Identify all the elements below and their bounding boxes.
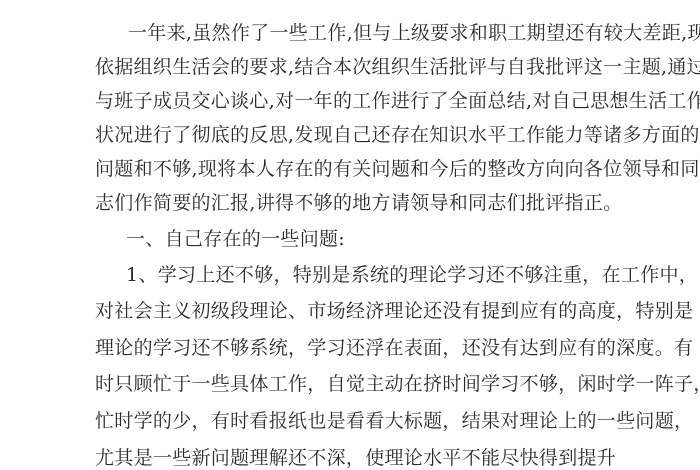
intro-paragraph-line: 依据组织生活会的要求,结合本次组织生活批评与自我批评这一主题,通过 — [95, 56, 615, 78]
section-heading: 一、自己存在的一些问题: — [126, 228, 646, 250]
item-1-line: 忙时学的少，有时看报纸也是看看大标题，结果对理论上的一些问题， — [95, 410, 615, 432]
item-1-line: 时只顾忙于一些具体工作，自觉主动在挤时间学习不够，闲时学一阵子， — [95, 373, 615, 395]
document-page: 一年来,虽然作了一些工作,但与上级要求和职工期望还有较大差距,现 依据组织生活会… — [0, 0, 700, 470]
item-1-line: 理论的学习还不够系统，学习还浮在表面，还没有达到应有的深度。有 — [95, 337, 615, 359]
item-1-line: 对社会主义初级段理论、市场经济理论还没有提到应有的高度，特别是 — [95, 300, 615, 322]
intro-paragraph-line: 状况进行了彻底的反思,发现自己还存在知识水平工作能力等诸多方面的 — [95, 124, 615, 146]
item-1-line: 尤其是一些新问题理解还不深，使理论水平不能尽快得到提升 — [95, 447, 615, 469]
intro-paragraph-line: 一年来,虽然作了一些工作,但与上级要求和职工期望还有较大差距,现 — [128, 22, 648, 44]
intro-paragraph-line: 与班子成员交心谈心,对一年的工作进行了全面总结,对自己思想生活工作 — [95, 90, 615, 112]
intro-paragraph-line: 志们作简要的汇报,讲得不够的地方请领导和同志们批评指正。 — [95, 192, 615, 214]
item-1-line: 1、学习上还不够，特别是系统的理论学习还不够注重，在工作中， — [126, 264, 646, 286]
intro-paragraph-line: 问题和不够,现将本人存在的有关问题和今后的整改方向向各位领导和同 — [95, 158, 615, 180]
